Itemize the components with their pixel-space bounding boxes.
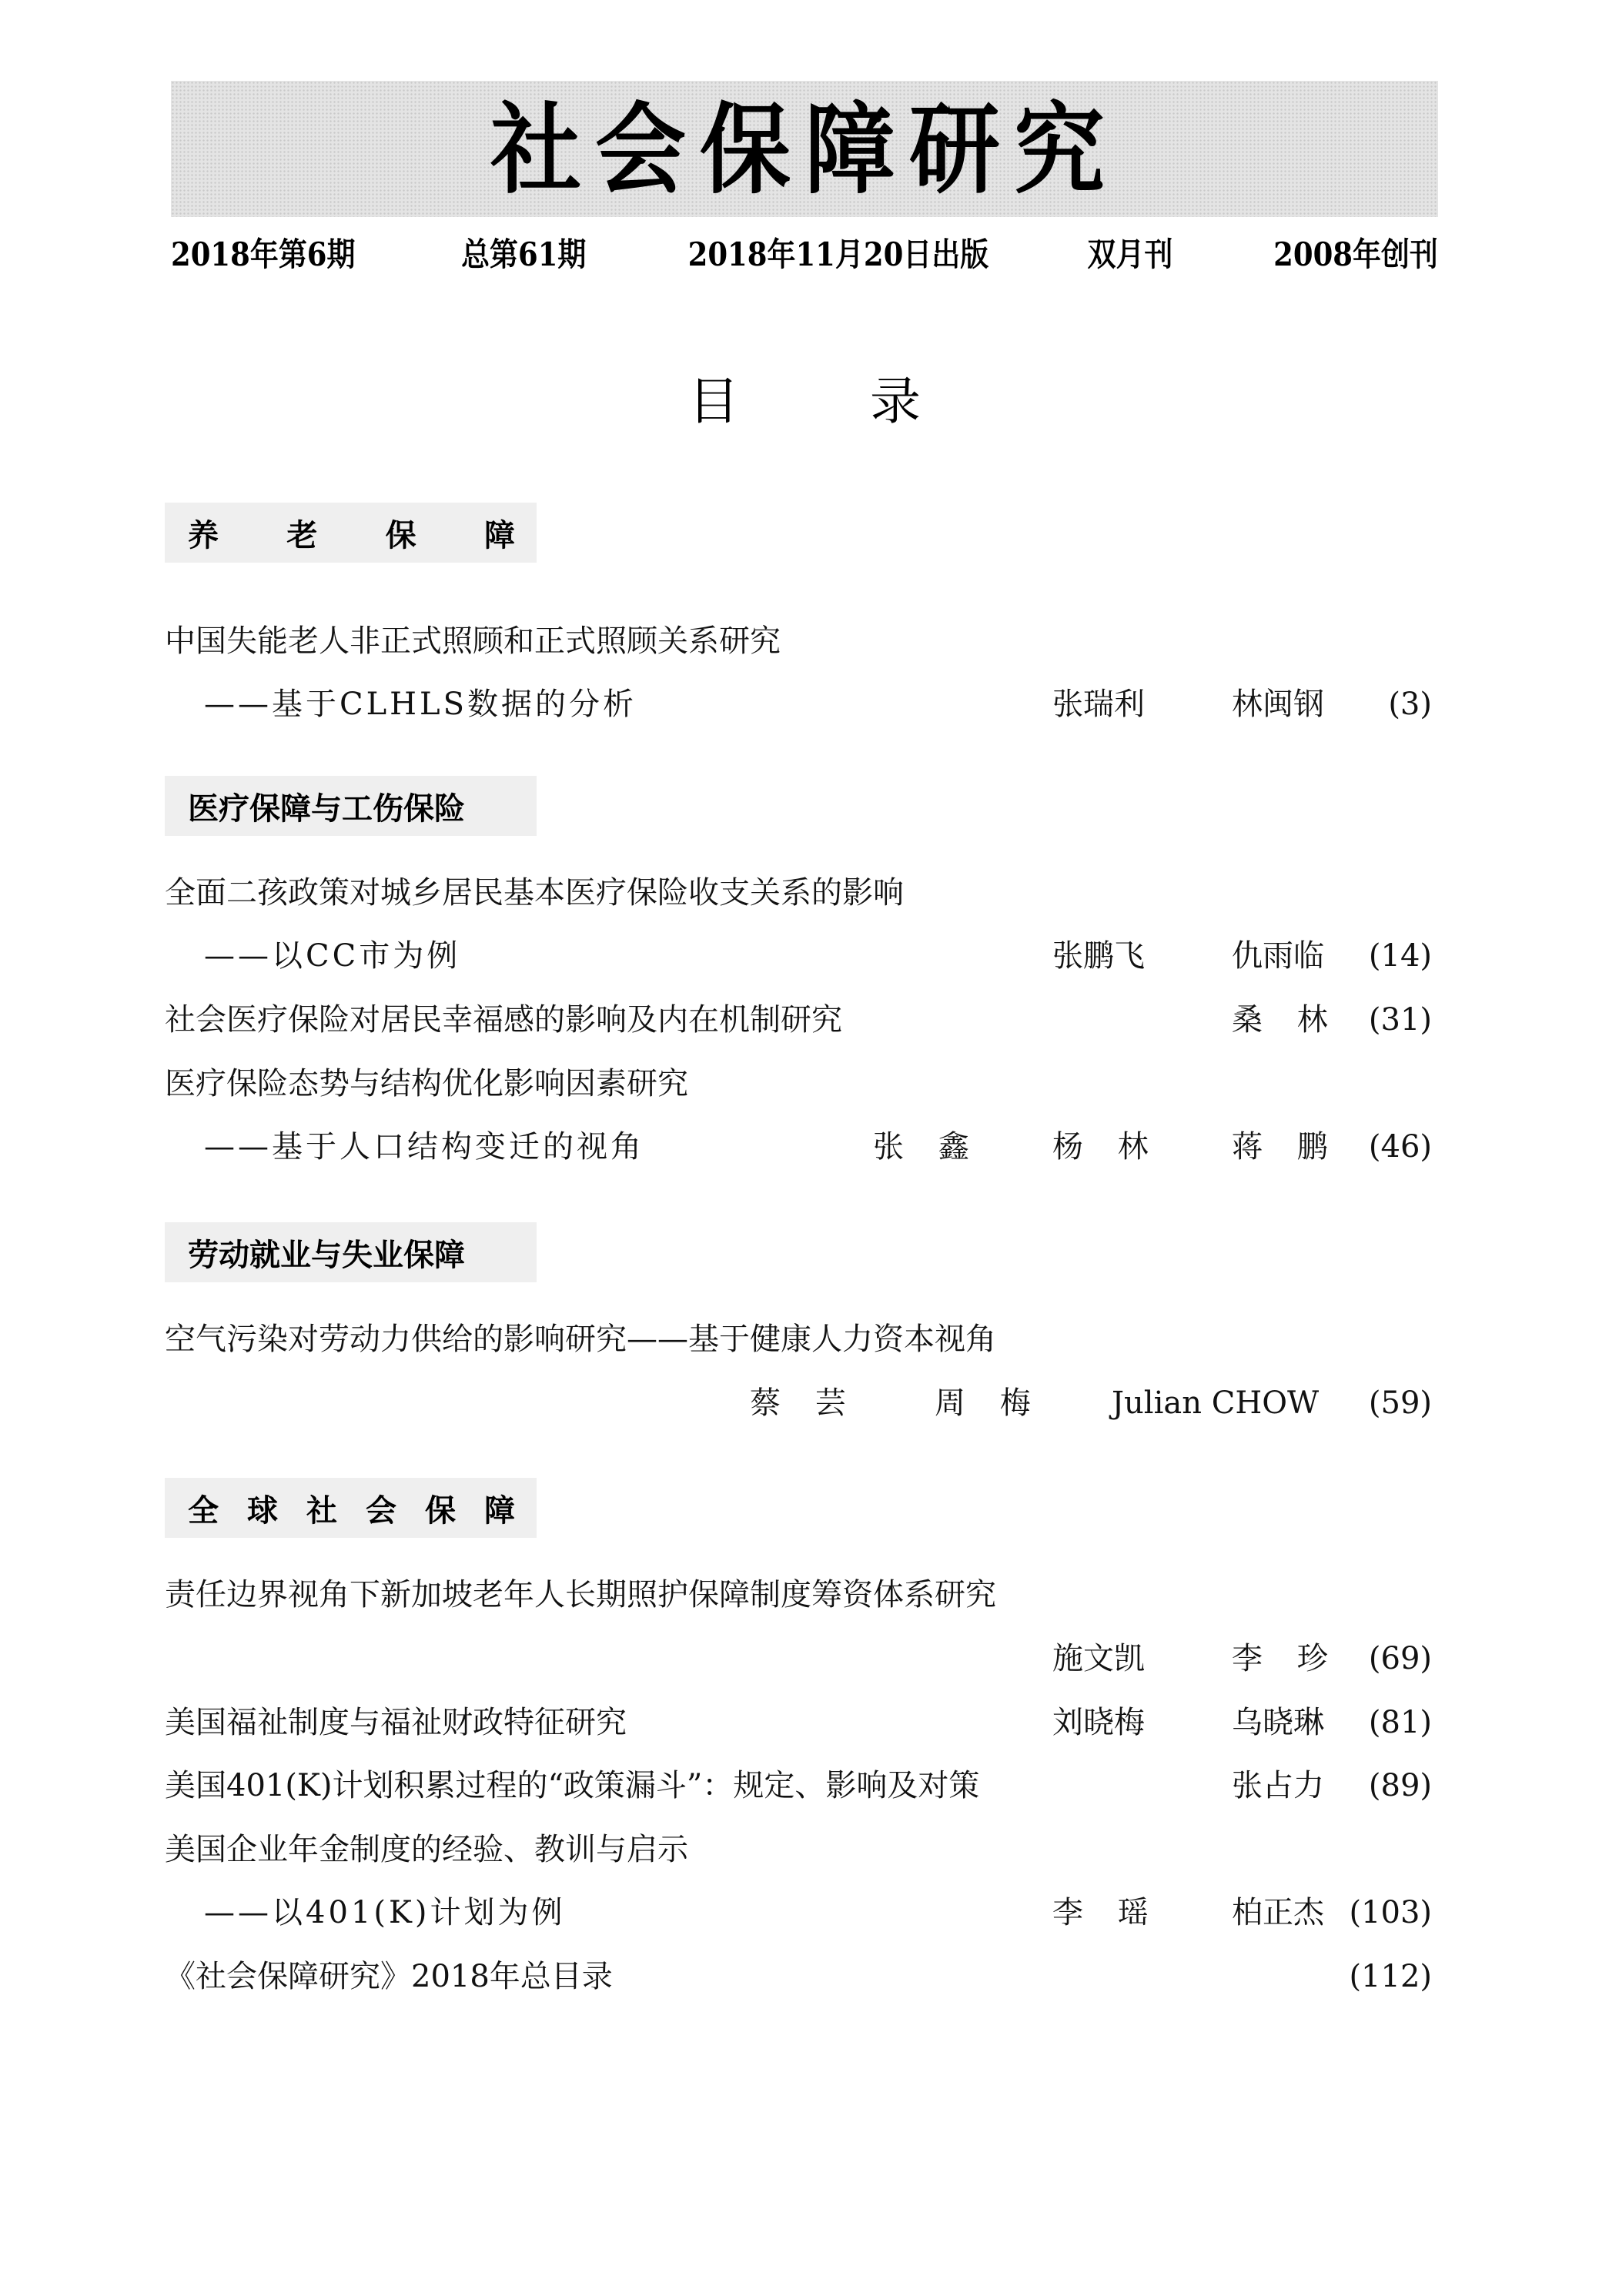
page-number: (31) (1369, 997, 1432, 1043)
page-number: (3) (1388, 681, 1432, 727)
section-header-employment: 劳动就业与失业保障 (165, 1222, 537, 1282)
annual-index-entry[interactable]: 《社会保障研究》2018年总目录 (112) (165, 1953, 1432, 2000)
author: 张瑞利 (1052, 681, 1145, 727)
toc-entry-title[interactable]: 美国企业年金制度的经验、教训与启示 (165, 1826, 1432, 1873)
author: 李 瑶 (1052, 1890, 1161, 1936)
toc-entry-authors[interactable]: 蔡 芸 周 梅 Julian CHOW (59) (165, 1380, 1432, 1426)
page-number: (69) (1369, 1636, 1432, 1682)
author: 仇雨临 (1232, 933, 1324, 979)
author: 杨 林 (1052, 1124, 1161, 1170)
toc-entry-title[interactable]: 美国401(K)计划积累过程的“政策漏斗”：规定、影响及对策 张占力 (89) (165, 1763, 1432, 1809)
toc-entry-title[interactable]: 空气污染对劳动力供给的影响研究——基于健康人力资本视角 (165, 1316, 1432, 1362)
toc-entry-subtitle[interactable]: ——基于CLHLS数据的分析 张瑞利 林闽钢 (3) (165, 681, 1432, 727)
author: 张占力 (1232, 1763, 1324, 1809)
page-number: (14) (1369, 933, 1432, 979)
frequency: 双月刊 (1087, 229, 1172, 276)
toc-entry-title[interactable]: 全面二孩政策对城乡居民基本医疗保险收支关系的影响 (165, 870, 1432, 916)
issue-number: 2018年第6期 (171, 229, 355, 276)
author: 李 珍 (1232, 1636, 1340, 1682)
toc-entry-subtitle[interactable]: ——基于人口结构变迁的视角 张 鑫 杨 林 蒋 鹏 (46) (165, 1124, 1432, 1170)
page-number: (103) (1349, 1890, 1432, 1936)
toc-entry-title[interactable]: 社会医疗保险对居民幸福感的影响及内在机制研究 桑 林 (31) (165, 997, 1432, 1043)
toc-entry-authors[interactable]: 施文凯 李 珍 (69) (165, 1636, 1432, 1682)
journal-title: 社会保障研究 (490, 100, 1119, 198)
publication-date: 2018年11月20日出版 (688, 229, 989, 276)
section-header-global-social-security: 全 球 社 会 保 障 (165, 1478, 537, 1538)
toc-entry-subtitle[interactable]: ——以CC市为例 张鹏飞 仇雨临 (14) (165, 933, 1432, 979)
author: 柏正杰 (1232, 1890, 1324, 1936)
toc-entry-title[interactable]: 美国福祉制度与福祉财政特征研究 刘晓梅 乌晓琳 (81) (165, 1699, 1432, 1746)
author: 蒋 鹏 (1232, 1124, 1340, 1170)
author: 桑 林 (1232, 997, 1340, 1043)
toc-entry-title[interactable]: 中国失能老人非正式照顾和正式照顾关系研究 (165, 618, 1432, 664)
author: 乌晓琳 (1232, 1699, 1324, 1746)
author: 施文凯 (1052, 1636, 1145, 1682)
page-number: (46) (1369, 1124, 1432, 1170)
author: 蔡 芸 (750, 1380, 858, 1426)
toc-entry-title[interactable]: 医疗保险态势与结构优化影响因素研究 (165, 1061, 1432, 1107)
author: 周 梅 (935, 1380, 1043, 1426)
journal-masthead: 社会保障研究 (171, 81, 1438, 217)
page-number: (112) (1349, 1953, 1432, 2000)
cumulative-issue: 总第61期 (461, 229, 586, 276)
section-header-medical-insurance: 医疗保障与工伤保险 (165, 776, 537, 836)
author: 张鹏飞 (1052, 933, 1145, 979)
section-header-pension: 养 老 保 障 (165, 503, 537, 563)
toc-heading: 目录 (0, 360, 1609, 433)
author: 林闽钢 (1232, 681, 1324, 727)
page-number: (89) (1369, 1763, 1432, 1809)
issue-info-line: 2018年第6期 总第61期 2018年11月20日出版 双月刊 2008年创刊 (171, 229, 1438, 276)
founded-year: 2008年创刊 (1273, 229, 1438, 276)
toc-entry-subtitle[interactable]: ——以401(K)计划为例 李 瑶 柏正杰 (103) (165, 1890, 1432, 1936)
author: 张 鑫 (873, 1124, 982, 1170)
author: 刘晓梅 (1052, 1699, 1145, 1746)
page-number: (81) (1369, 1699, 1432, 1746)
toc-entry-title[interactable]: 责任边界视角下新加坡老年人长期照护保障制度筹资体系研究 (165, 1572, 1432, 1618)
page-number: (59) (1369, 1380, 1432, 1426)
author: Julian CHOW (1112, 1380, 1319, 1426)
